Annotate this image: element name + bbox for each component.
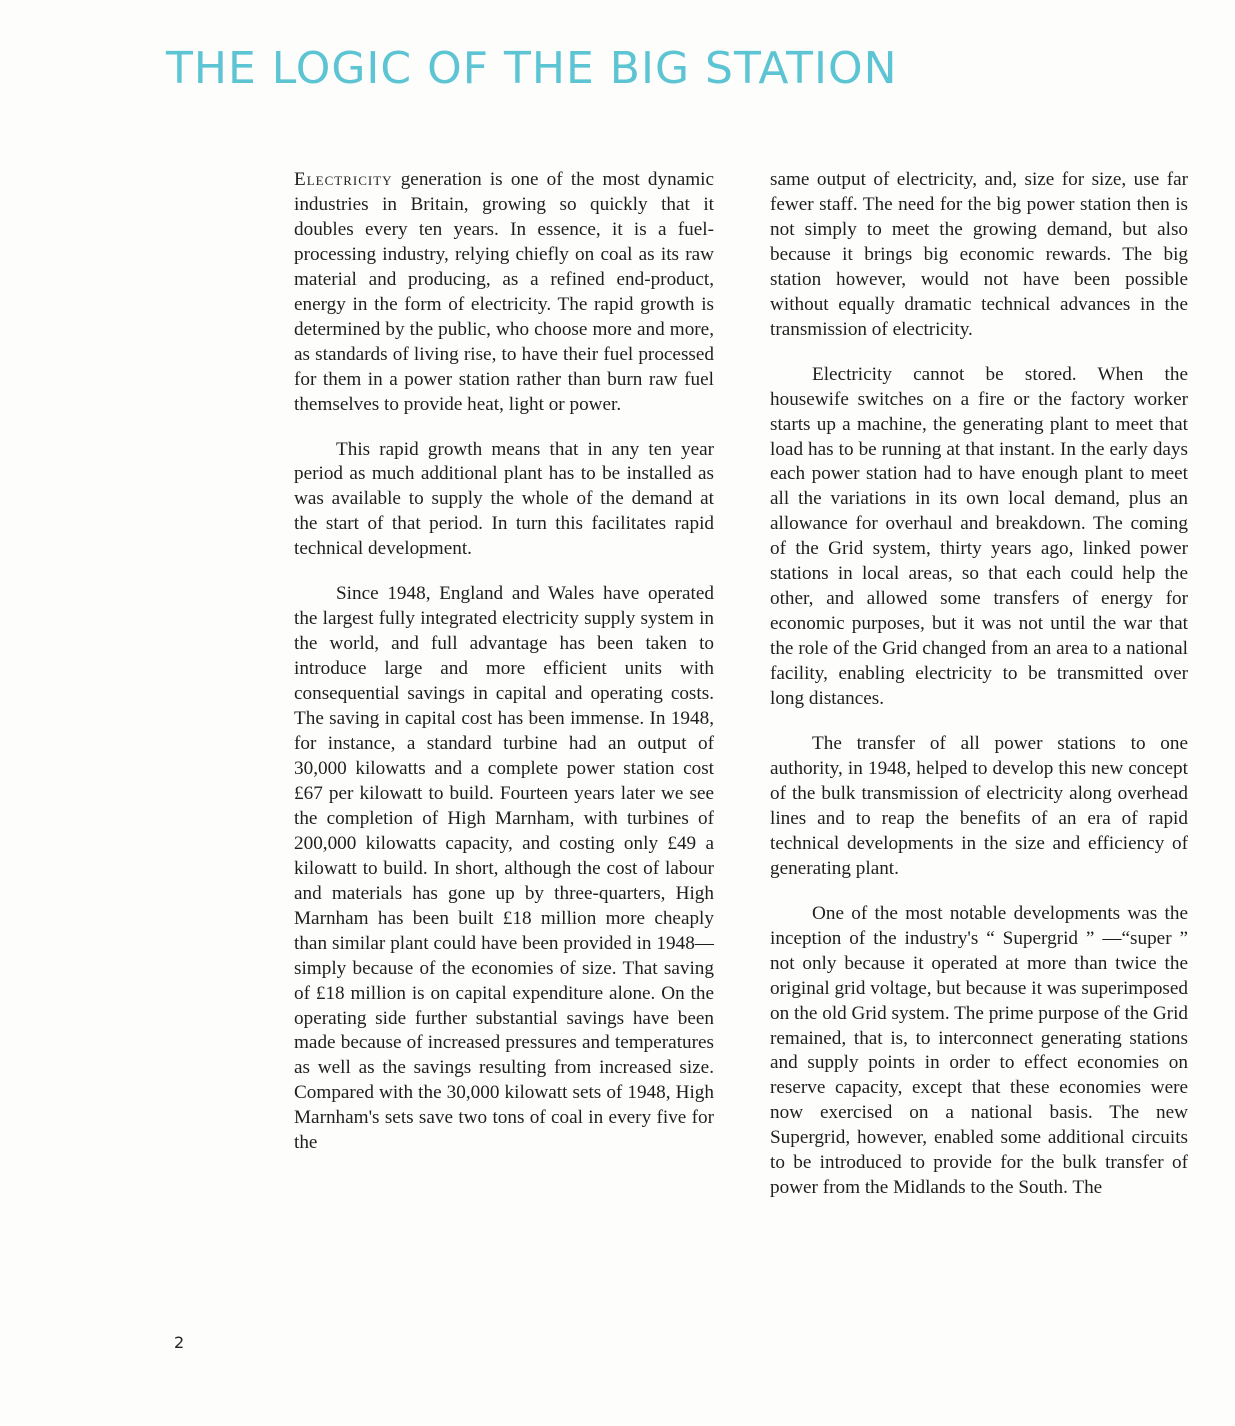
- paragraph-5: Electricity cannot be stored. When the h…: [770, 363, 1188, 712]
- paragraph-7: One of the most notable developments was…: [770, 902, 1188, 1201]
- right-column: same output of electricity, and, size fo…: [770, 168, 1188, 1221]
- lead-word: Electricity: [294, 169, 393, 190]
- page-title: THE LOGIC OF THE BIG STATION: [166, 43, 898, 94]
- paragraph-text: generation is one of the most dynamic in…: [294, 169, 714, 415]
- paragraph-4: same output of electricity, and, size fo…: [770, 168, 1188, 343]
- page-number: 2: [174, 1333, 184, 1352]
- paragraph-6: The transfer of all power stations to on…: [770, 732, 1188, 882]
- paragraph-2: This rapid growth means that in any ten …: [294, 438, 714, 563]
- paragraph-1: Electricity generation is one of the mos…: [294, 168, 714, 418]
- paragraph-3: Since 1948, England and Wales have opera…: [294, 582, 714, 1156]
- left-column: Electricity generation is one of the mos…: [294, 168, 714, 1176]
